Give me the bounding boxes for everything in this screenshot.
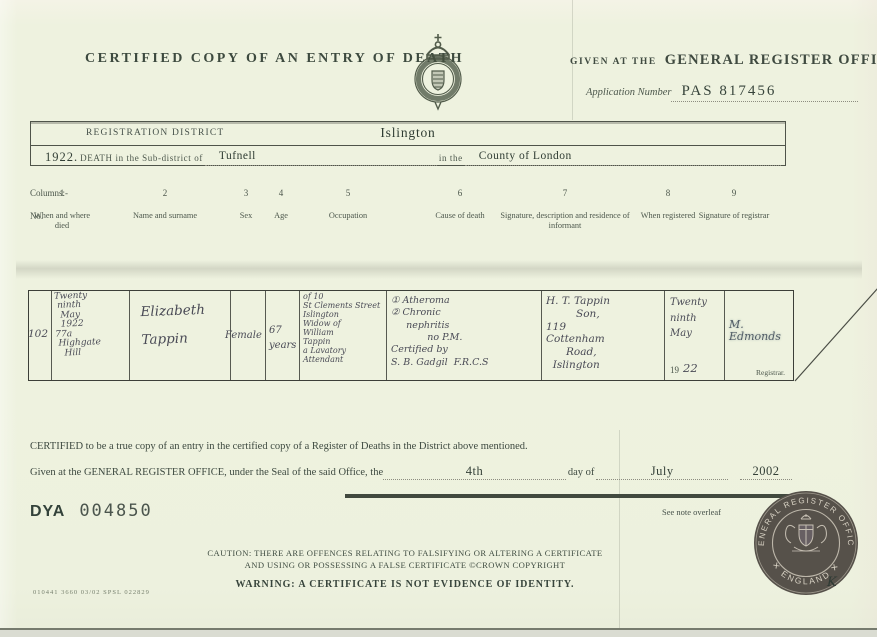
registrar-label: Registrar. [756, 368, 785, 377]
entry-closing-strike-line [794, 288, 877, 382]
day-value: 4th [466, 464, 483, 478]
death-certificate-scan: CERTIFIED COPY OF AN ENTRY OF DEATH GIVE… [0, 0, 877, 637]
caution-line-1: CAUTION: THERE ARE OFFENCES RELATING TO … [140, 547, 670, 559]
registrar-signature: M. Edmonds [729, 319, 793, 342]
month-value: July [651, 464, 674, 478]
county-dotted-line: County of London [465, 147, 781, 166]
column-number-2: 2 [163, 188, 168, 198]
column-number-1: 1 [60, 188, 65, 198]
entry-informant: H. T. Tappin Son, 119 Cottenham Road, Is… [546, 295, 610, 372]
serial-prefix: DYA [30, 503, 65, 521]
sub-district-label: DEATH in the Sub-district of [78, 153, 205, 163]
entry-occupation: of 10 St Clements Street Islington Widow… [303, 293, 380, 365]
column-number-3: 3 [244, 188, 249, 198]
column-header-age: Age [264, 211, 298, 221]
column-header-name-surname: Name and surname [105, 211, 225, 221]
office-name: GENERAL REGISTER OFFICE [665, 52, 877, 69]
register-entry-table: 102 Twenty ninth May 1922 77a Highgate H… [28, 290, 794, 381]
certified-statement: CERTIFIED to be a true copy of an entry … [30, 441, 528, 452]
column-number-6: 6 [458, 188, 463, 198]
printed-year-prefix: 19 [670, 365, 679, 375]
given-at-date-line: Given at the GENERAL REGISTER OFFICE, un… [30, 464, 792, 480]
registration-district-row: REGISTRATION DISTRICT Islington [31, 122, 785, 146]
heavy-divider-rule [345, 494, 792, 498]
year-value: 2002 [753, 464, 780, 478]
scan-shadow-band [16, 260, 862, 279]
table-divider [724, 291, 725, 380]
application-number-row: Application Number PAS 817456 [586, 82, 858, 102]
entry-when-where-died: Twenty ninth May 1922 77a Highgate Hill [54, 291, 102, 359]
registration-district-box: REGISTRATION DISTRICT Islington 1922. DE… [30, 121, 786, 166]
table-divider [129, 291, 130, 380]
see-note-overleaf: See note overleaf [662, 507, 721, 517]
table-divider [265, 291, 266, 380]
sub-district-dotted-line: Tufnell [205, 147, 437, 166]
caution-line-2: AND USING OR POSSESSING A FALSE CERTIFIC… [140, 559, 670, 571]
in-the-label: in the [437, 153, 465, 163]
column-number-5: 5 [346, 188, 351, 198]
table-divider [664, 291, 665, 380]
column-header-cause-of-death: Cause of death [410, 211, 510, 221]
column-header-occupation: Occupation [303, 211, 393, 221]
entry-year: 1922. [45, 150, 78, 165]
column-header-sex: Sex [229, 211, 263, 221]
warning-line: WARNING: A CERTIFICATE IS NOT EVIDENCE O… [140, 579, 670, 590]
month-dotted-line: July [596, 464, 728, 480]
county-value: County of London [465, 150, 572, 162]
serial-number: 004850 [79, 501, 152, 521]
column-number-7: 7 [563, 188, 568, 198]
column-number-4: 4 [279, 188, 284, 198]
given-at-office-line: GIVEN AT THE GENERAL REGISTER OFFICE [570, 52, 870, 69]
application-number-label: Application Number [586, 87, 671, 98]
column-number-9: 9 [732, 188, 737, 198]
table-divider [299, 291, 300, 380]
year-dotted-line: 2002 [740, 464, 792, 480]
gro-embossed-seal-icon: GENERAL REGISTER OFFICE ✕ ENGLAND ✕ [751, 488, 861, 603]
day-of-label: day of [566, 467, 597, 478]
entry-name-surname: Elizabeth Tappin [140, 296, 206, 355]
entry-when-registered: Twenty ninth May [670, 295, 707, 342]
application-number-value: PAS 817456 [681, 83, 776, 99]
royal-crest-icon [406, 31, 470, 111]
registration-district-value: Islington [31, 125, 785, 141]
scan-edge [0, 628, 877, 637]
column-header-signature-registrar: Signature of registrar [691, 211, 777, 221]
entry-sex: Female [225, 331, 262, 342]
certificate-serial: DYA 004850 [30, 501, 153, 521]
application-number-dotted-line: PAS 817456 [671, 82, 858, 102]
sub-district-value: Tufnell [205, 150, 256, 162]
column-header-when-where-died: When and where died [26, 211, 98, 232]
entry-age: 67 years [269, 323, 296, 353]
handwritten-year-suffix: 22 [683, 361, 698, 375]
clerk-initials-mark: K [827, 575, 837, 590]
table-divider [51, 291, 52, 380]
entry-no: 102 [28, 329, 48, 340]
given-at-label: GIVEN AT THE [570, 57, 657, 67]
table-divider [386, 291, 387, 380]
column-number-8: 8 [666, 188, 671, 198]
day-dotted-line: 4th [383, 464, 566, 480]
print-batch-code: 010441 3660 03/02 SPSL 022829 [33, 589, 150, 596]
entry-cause-of-death: ① Atheroma ② Chronic nephritis no P.M. C… [391, 295, 489, 369]
caution-block: CAUTION: THERE ARE OFFENCES RELATING TO … [140, 547, 670, 590]
sub-district-row: 1922. DEATH in the Sub-district of Tufne… [31, 146, 785, 167]
table-divider [541, 291, 542, 380]
paper-fold-line [619, 430, 620, 628]
column-header-informant: Signature, description and residence of … [499, 211, 631, 232]
given-at-prefix: Given at the GENERAL REGISTER OFFICE, un… [30, 467, 383, 478]
